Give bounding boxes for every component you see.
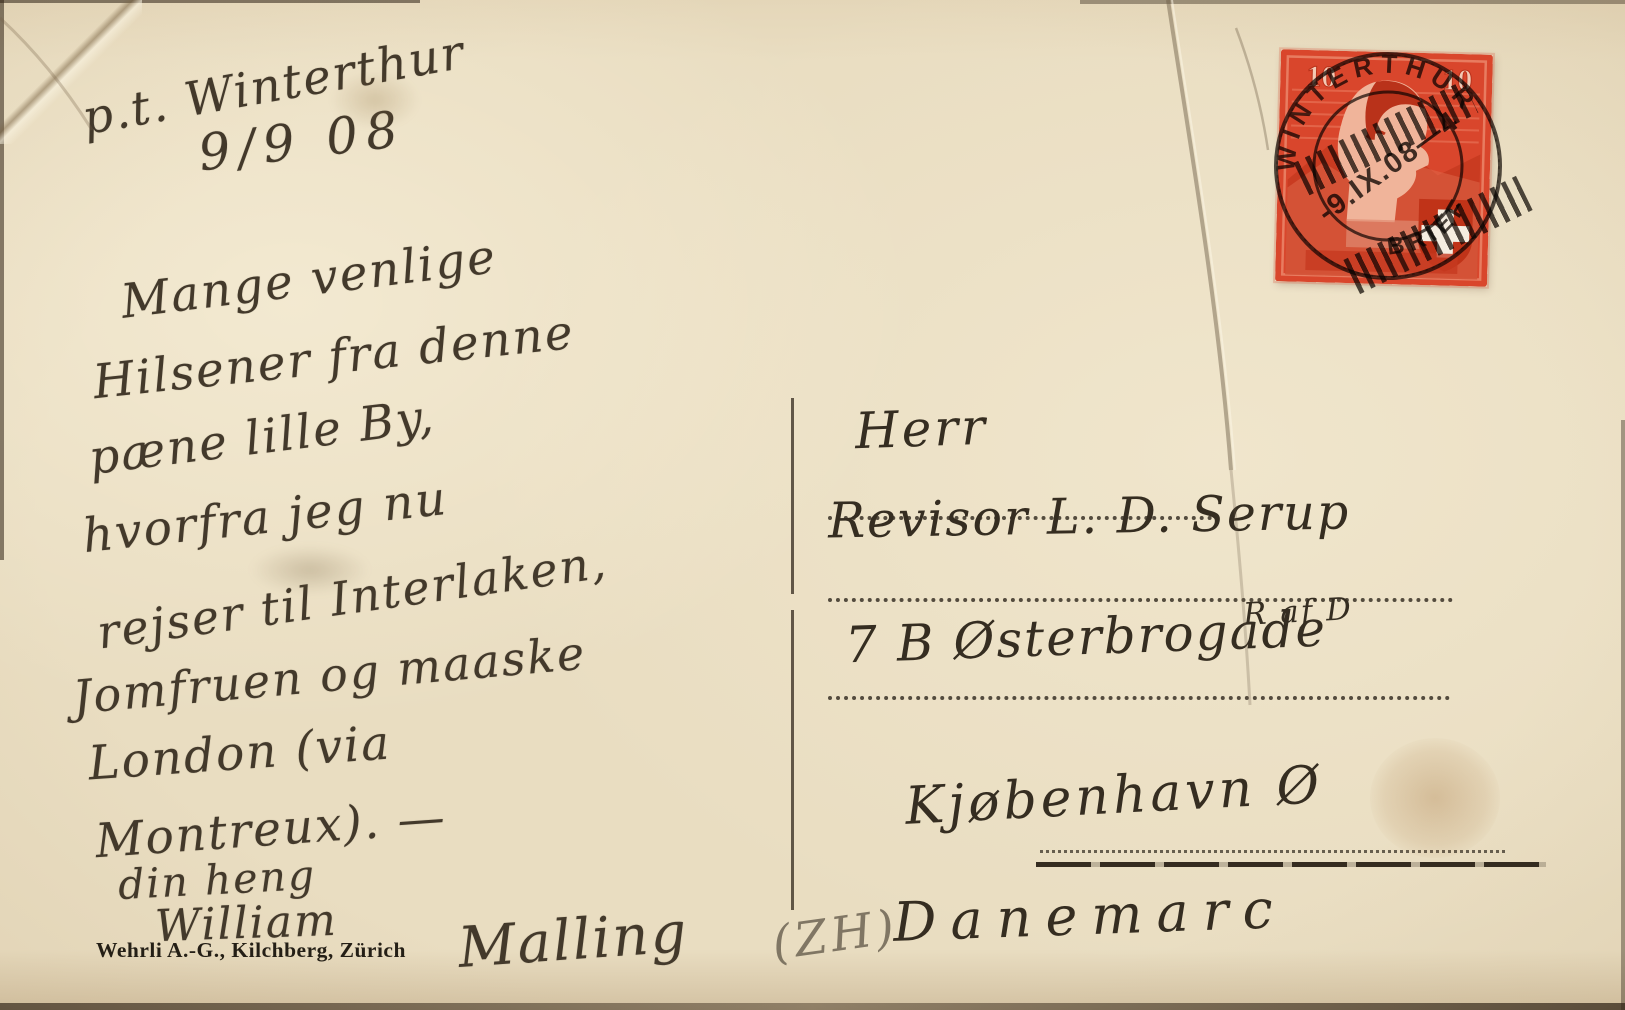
postcard-back-scan: p.t. Winterthur 9/9 08 Mange venlige Hil…	[0, 0, 1625, 1010]
scan-edge-bottom	[0, 1003, 1625, 1010]
scan-edge-right	[1621, 420, 1625, 1010]
stain	[1370, 738, 1500, 858]
pencil-annotation: (ZH)	[769, 899, 902, 971]
publisher-imprint: Wehrli A.-G., Kilchberg, Zürich	[96, 938, 406, 963]
message-signature-last-name: Malling	[456, 900, 690, 981]
scan-edge-top-right	[1080, 0, 1625, 4]
postmark: WINTERTHUR BRIEF -9.IX.08—4	[1238, 6, 1538, 326]
divider-line	[791, 610, 794, 910]
address-underline	[1036, 862, 1546, 867]
address-country: Danemarc	[892, 877, 1288, 954]
address-name: Revisor L. D. Serup	[828, 483, 1351, 549]
message-line: Mange venlige	[118, 229, 500, 330]
address-street: 7 B Østerbrogade	[844, 600, 1328, 675]
address-dotted-line	[828, 696, 1450, 700]
postmark-bottom-text: BRIEF	[1375, 181, 1482, 274]
scan-edge-left	[0, 0, 4, 560]
address-city: Kjøbenhavn Ø	[904, 755, 1325, 837]
scan-edge-top	[0, 0, 420, 3]
svg-text:BRIEF: BRIEF	[1375, 181, 1482, 274]
address-dotted-line	[828, 598, 1453, 602]
address-salutation: Herr	[854, 398, 989, 461]
divider-line	[791, 398, 794, 594]
message-line: London (via	[86, 715, 392, 791]
address-dotted-line	[1040, 850, 1505, 853]
message-line: hvorfra jeg nu	[80, 471, 450, 564]
